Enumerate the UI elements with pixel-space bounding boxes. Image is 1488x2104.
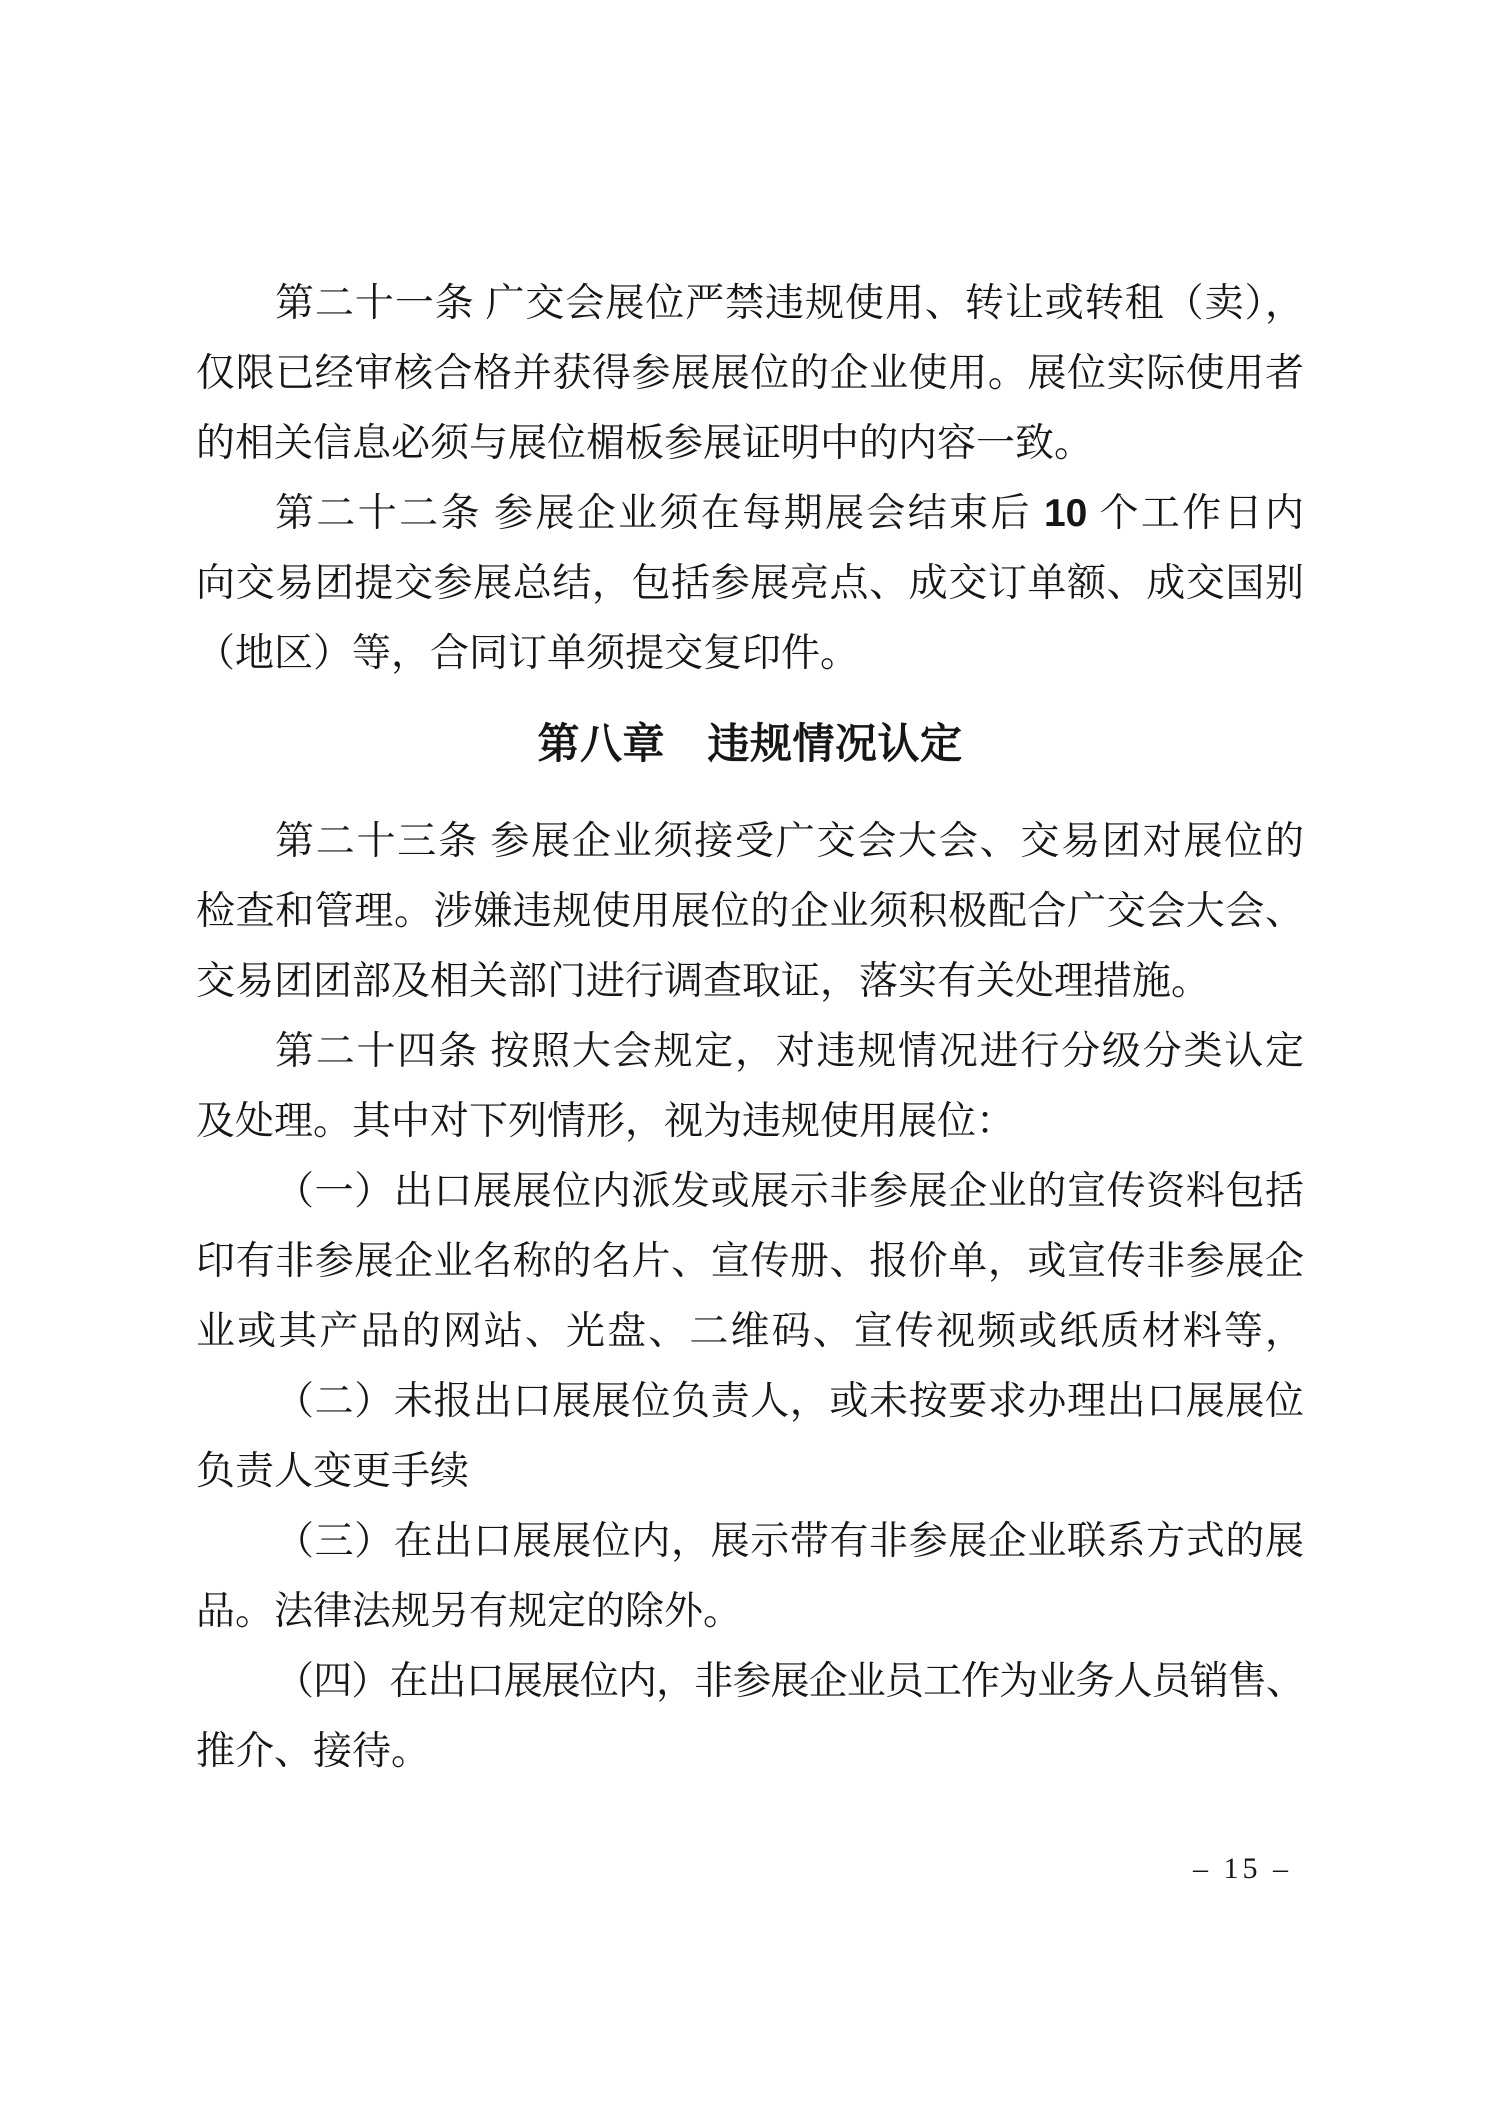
page-number: – 15 – (1193, 1852, 1292, 1886)
text-line: （一）出口展展位内派发或展示非参展企业的宣传资料包括 (196, 1157, 1304, 1227)
text-line: 负责人变更手续 (196, 1437, 1304, 1507)
text-line: 的相关信息必须与展位楣板参展证明中的内容一致。 (196, 409, 1304, 479)
text-line: 第二十三条 参展企业须接受广交会大会、交易团对展位的 (196, 807, 1304, 877)
text-line: 第二十二条 参展企业须在每期展会结束后 10 个工作日内 (196, 479, 1304, 549)
violation-item-4: （四）在出口展展位内，非参展企业员工作为业务人员销售、 推介、接待。 (196, 1647, 1304, 1787)
text-line: （四）在出口展展位内，非参展企业员工作为业务人员销售、 (196, 1647, 1304, 1717)
text-line: 向交易团提交参展总结，包括参展亮点、成交订单额、成交国别 (196, 549, 1304, 619)
text-line: 推介、接待。 (196, 1717, 1304, 1787)
text-line: 仅限已经审核合格并获得参展展位的企业使用。展位实际使用者 (196, 339, 1304, 409)
article-23-paragraph: 第二十三条 参展企业须接受广交会大会、交易团对展位的 检查和管理。涉嫌违规使用展… (196, 807, 1304, 1017)
text-line: 品。法律法规另有规定的除外。 (196, 1577, 1304, 1647)
text-line: （二）未报出口展展位负责人，或未按要求办理出口展展位 (196, 1367, 1304, 1437)
text-line: 交易团团部及相关部门进行调查取证，落实有关处理措施。 (196, 947, 1304, 1017)
document-body: 第二十一条 广交会展位严禁违规使用、转让或转租（卖）， 仅限已经审核合格并获得参… (196, 269, 1304, 1787)
text-line: 印有非参展企业名称的名片、宣传册、报价单，或宣传非参展企 (196, 1227, 1304, 1297)
article-21-paragraph: 第二十一条 广交会展位严禁违规使用、转让或转租（卖）， 仅限已经审核合格并获得参… (196, 269, 1304, 479)
violation-item-1: （一）出口展展位内派发或展示非参展企业的宣传资料包括 印有非参展企业名称的名片、… (196, 1157, 1304, 1367)
text-line: 业或其产品的网站、光盘、二维码、宣传视频或纸质材料等， (196, 1297, 1304, 1367)
text-line: 第二十四条 按照大会规定，对违规情况进行分级分类认定 (196, 1017, 1304, 1087)
article-22-paragraph: 第二十二条 参展企业须在每期展会结束后 10 个工作日内 向交易团提交参展总结，… (196, 479, 1304, 689)
text-line: （地区）等，合同订单须提交复印件。 (196, 619, 1304, 689)
text-line: 第二十一条 广交会展位严禁违规使用、转让或转租（卖）， (196, 269, 1304, 339)
violation-item-2: （二）未报出口展展位负责人，或未按要求办理出口展展位 负责人变更手续 (196, 1367, 1304, 1507)
violation-item-3: （三）在出口展展位内，展示带有非参展企业联系方式的展 品。法律法规另有规定的除外… (196, 1507, 1304, 1647)
document-page: 第二十一条 广交会展位严禁违规使用、转让或转租（卖）， 仅限已经审核合格并获得参… (0, 0, 1488, 2104)
workdays-number: 10 (1044, 492, 1087, 535)
text-segment: 第二十二条 参展企业须在每期展会结束后 (275, 492, 1044, 535)
text-segment: 个工作日内 (1087, 492, 1304, 535)
text-line: （三）在出口展展位内，展示带有非参展企业联系方式的展 (196, 1507, 1304, 1577)
chapter-heading: 第八章 违规情况认定 (196, 709, 1304, 779)
text-line: 检查和管理。涉嫌违规使用展位的企业须积极配合广交会大会、 (196, 877, 1304, 947)
text-line: 及处理。其中对下列情形，视为违规使用展位： (196, 1087, 1304, 1157)
article-24-paragraph: 第二十四条 按照大会规定，对违规情况进行分级分类认定 及处理。其中对下列情形，视… (196, 1017, 1304, 1157)
